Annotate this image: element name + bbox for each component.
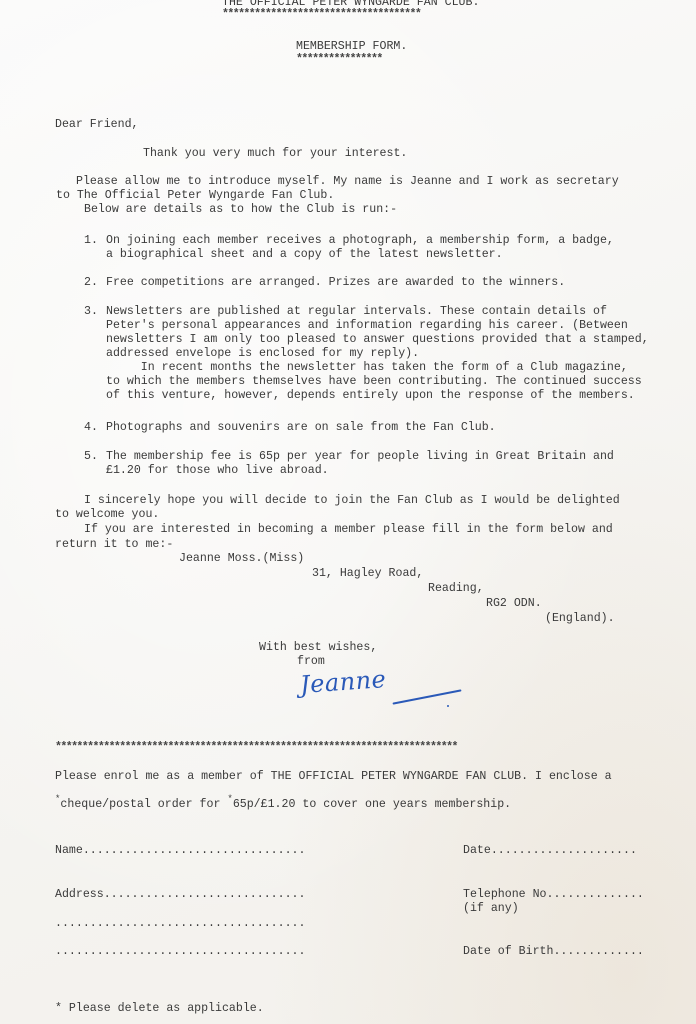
telephone-note: (if any) xyxy=(463,902,519,916)
item-line: The membership fee is 65p per year for p… xyxy=(106,450,614,464)
item-line: £1.20 for those who live abroad. xyxy=(106,464,329,478)
item-line: Newsletters are published at regular int… xyxy=(106,305,607,319)
form-divider: ****************************************… xyxy=(55,741,457,755)
item-line: a biographical sheet and a copy of the l… xyxy=(106,248,503,262)
address-name: Jeanne Moss.(Miss) xyxy=(179,552,304,566)
item-line: Peter's personal appearances and informa… xyxy=(106,319,628,333)
item-number: 3. xyxy=(84,305,98,319)
signature-dot xyxy=(447,705,449,707)
closing-line-4: return it to me:- xyxy=(55,538,173,552)
form-title-underline: **************** xyxy=(296,53,382,67)
date-of-birth-field[interactable]: Date of Birth............. xyxy=(463,945,644,959)
item-number: 1. xyxy=(84,234,98,248)
item-line: In recent months the newsletter has take… xyxy=(106,361,628,375)
address-field-line-2[interactable]: .................................... xyxy=(55,917,305,931)
closing-line-1: I sincerely hope you will decide to join… xyxy=(84,494,620,508)
address-field[interactable]: Address............................. xyxy=(55,888,305,902)
sign-off: With best wishes, xyxy=(259,641,377,655)
item-number: 4. xyxy=(84,421,98,435)
salutation: Dear Friend, xyxy=(55,118,139,132)
enrol-line-2: *cheque/postal order for *65p/£1.20 to c… xyxy=(55,798,511,812)
thanks-line: Thank you very much for your interest. xyxy=(143,147,407,161)
intro-line-2: to The Official Peter Wyngarde Fan Club. xyxy=(56,189,334,203)
item-line: of this venture, however, depends entire… xyxy=(106,389,635,403)
address-street: 31, Hagley Road, xyxy=(312,567,423,581)
item-line: Photographs and souvenirs are on sale fr… xyxy=(106,421,496,435)
enrol-text-a: cheque/postal order for xyxy=(60,798,220,811)
date-field[interactable]: Date..................... xyxy=(463,844,637,858)
intro-line-1: Please allow me to introduce myself. My … xyxy=(76,175,619,189)
item-line: addressed envelope is enclosed for my re… xyxy=(106,347,419,361)
item-line: to which the members themselves have bee… xyxy=(106,375,642,389)
address-town: Reading, xyxy=(428,582,484,596)
item-number: 5. xyxy=(84,450,98,464)
item-line: On joining each member receives a photog… xyxy=(106,234,614,248)
telephone-field[interactable]: Telephone No.............. xyxy=(463,888,644,902)
address-field-line-3[interactable]: .................................... xyxy=(55,945,305,959)
name-field[interactable]: Name................................ xyxy=(55,844,305,858)
club-title-underline: ************************************* xyxy=(222,8,420,22)
handwritten-signature: Jeanne xyxy=(299,665,387,699)
closing-line-3: If you are interested in becoming a memb… xyxy=(84,523,613,537)
address-country: (England). xyxy=(545,612,615,626)
footnote: * Please delete as applicable. xyxy=(55,1002,264,1016)
item-line: newsletters I am only too pleased to ans… xyxy=(106,333,649,347)
item-line: Free competitions are arranged. Prizes a… xyxy=(106,276,565,290)
form-title: MEMBERSHIP FORM. xyxy=(296,40,407,54)
address-postcode: RG2 ODN. xyxy=(486,597,542,611)
intro-line-3: Below are details as to how the Club is … xyxy=(84,203,397,217)
closing-line-2: to welcome you. xyxy=(55,508,159,522)
sign-off-from: from xyxy=(297,655,325,669)
enrol-text-b: 65p/£1.20 to cover one years membership. xyxy=(233,798,511,811)
item-number: 2. xyxy=(84,276,98,290)
enrol-line-1: Please enrol me as a member of THE OFFIC… xyxy=(55,770,612,784)
